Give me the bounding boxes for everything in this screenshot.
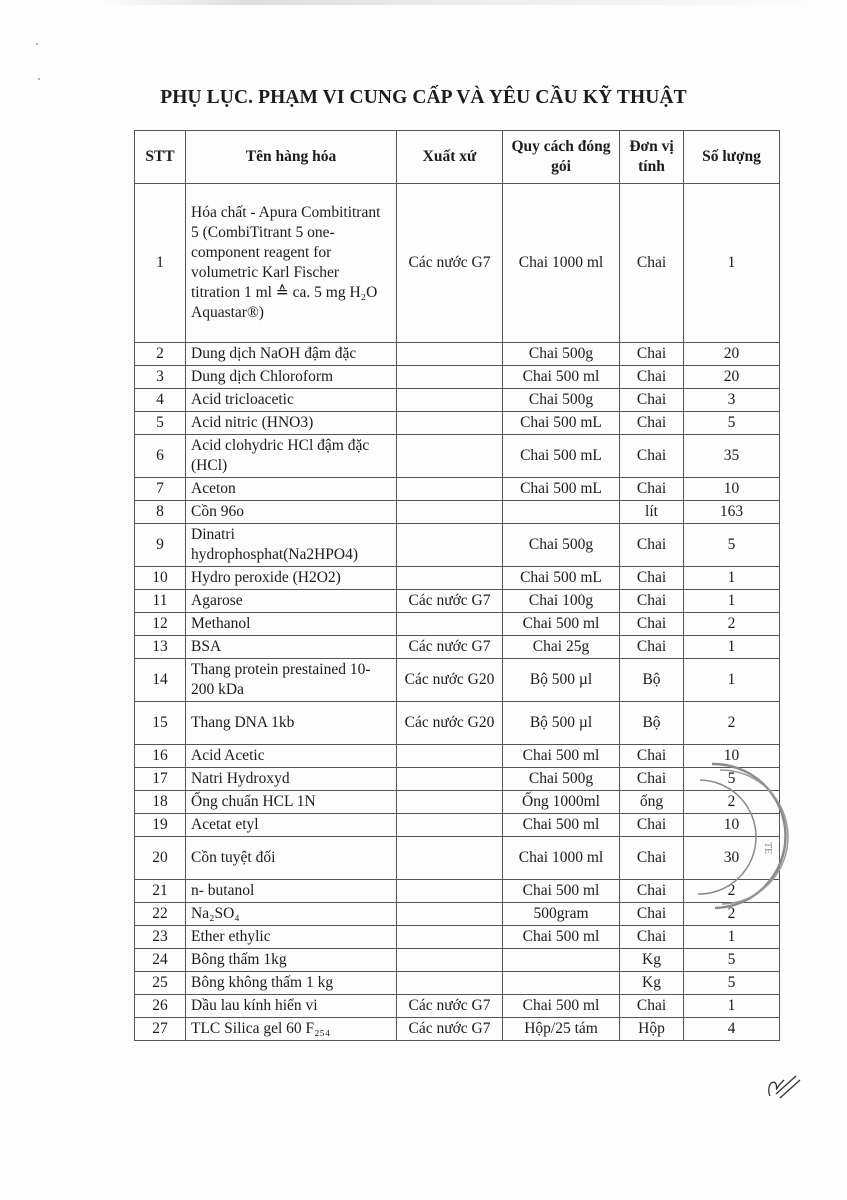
cell-unit: Bộ xyxy=(620,702,684,745)
cell-qty: 2 xyxy=(684,613,780,636)
cell-origin xyxy=(397,501,503,524)
cell-qty: 1 xyxy=(684,926,780,949)
cell-origin xyxy=(397,972,503,995)
cell-qty: 1 xyxy=(684,636,780,659)
cell-packing: Hộp/25 tám xyxy=(503,1018,620,1041)
cell-unit: Chai xyxy=(620,768,684,791)
scan-edge-shadow xyxy=(100,0,840,5)
cell-name: Dầu lau kính hiển vi xyxy=(186,995,397,1018)
cell-qty: 5 xyxy=(684,412,780,435)
cell-name: Thang DNA 1kb xyxy=(186,702,397,745)
cell-origin: Các nước G20 xyxy=(397,702,503,745)
table-row: 13BSACác nước G7Chai 25gChai1 xyxy=(135,636,780,659)
table-row: 20Cồn tuyệt đốiChai 1000 mlChai30 xyxy=(135,837,780,880)
cell-name: Na₂SO₄ xyxy=(186,903,397,926)
cell-packing: Chai 500 mL xyxy=(503,567,620,590)
table-row: 4Acid tricloaceticChai 500gChai3 xyxy=(135,389,780,412)
cell-unit: Chai xyxy=(620,524,684,567)
cell-stt: 27 xyxy=(135,1018,186,1041)
cell-qty: 20 xyxy=(684,366,780,389)
cell-name: Dung dịch Chloroform xyxy=(186,366,397,389)
table-row: 1Hóa chất - Apura Combititrant 5 (CombiT… xyxy=(135,184,780,343)
cell-origin xyxy=(397,814,503,837)
table-row: 15Thang DNA 1kbCác nước G20Bộ 500 µlBộ2 xyxy=(135,702,780,745)
cell-stt: 15 xyxy=(135,702,186,745)
table-row: 18Ống chuẩn HCL 1NỐng 1000mlống2 xyxy=(135,791,780,814)
cell-name: Thang protein prestained 10-200 kDa xyxy=(186,659,397,702)
cell-stt: 8 xyxy=(135,501,186,524)
cell-stt: 20 xyxy=(135,837,186,880)
cell-unit: Chai xyxy=(620,837,684,880)
table-row: 7AcetonChai 500 mLChai10 xyxy=(135,478,780,501)
cell-unit: lít xyxy=(620,501,684,524)
cell-unit: Chai xyxy=(620,880,684,903)
table-row: 16Acid AceticChai 500 mlChai10 xyxy=(135,745,780,768)
cell-name: n- butanol xyxy=(186,880,397,903)
header-name: Tên hàng hóa xyxy=(186,131,397,184)
cell-stt: 22 xyxy=(135,903,186,926)
cell-packing: Chai 500 ml xyxy=(503,745,620,768)
cell-name: Acid clohydric HCl đậm đặc (HCl) xyxy=(186,435,397,478)
header-qty: Số lượng xyxy=(684,131,780,184)
cell-stt: 16 xyxy=(135,745,186,768)
cell-stt: 17 xyxy=(135,768,186,791)
cell-packing: Chai 500 mL xyxy=(503,478,620,501)
cell-unit: Chai xyxy=(620,435,684,478)
cell-unit: Chai xyxy=(620,389,684,412)
cell-unit: Hộp xyxy=(620,1018,684,1041)
cell-name: Cồn tuyệt đối xyxy=(186,837,397,880)
cell-packing: Chai 500 ml xyxy=(503,613,620,636)
cell-origin: Các nước G7 xyxy=(397,184,503,343)
cell-stt: 7 xyxy=(135,478,186,501)
cell-packing: Ống 1000ml xyxy=(503,791,620,814)
cell-qty: 30 xyxy=(684,837,780,880)
cell-stt: 21 xyxy=(135,880,186,903)
cell-qty: 20 xyxy=(684,343,780,366)
cell-name: Hóa chất - Apura Combititrant 5 (CombiTi… xyxy=(186,184,397,343)
cell-origin xyxy=(397,389,503,412)
cell-qty: 3 xyxy=(684,389,780,412)
table-row: 24Bông thấm 1kgKg5 xyxy=(135,949,780,972)
cell-unit: Chai xyxy=(620,745,684,768)
cell-packing: Chai 500 mL xyxy=(503,412,620,435)
cell-packing: 500gram xyxy=(503,903,620,926)
cell-origin xyxy=(397,435,503,478)
cell-unit: Chai xyxy=(620,636,684,659)
cell-stt: 19 xyxy=(135,814,186,837)
cell-stt: 24 xyxy=(135,949,186,972)
table-row: 14Thang protein prestained 10-200 kDaCác… xyxy=(135,659,780,702)
cell-unit: Chai xyxy=(620,343,684,366)
header-stt: STT xyxy=(135,131,186,184)
cell-packing: Chai 25g xyxy=(503,636,620,659)
cell-packing xyxy=(503,501,620,524)
cell-qty: 5 xyxy=(684,768,780,791)
cell-packing: Chai 1000 ml xyxy=(503,184,620,343)
cell-origin xyxy=(397,613,503,636)
cell-unit: Chai xyxy=(620,478,684,501)
cell-qty: 5 xyxy=(684,972,780,995)
table-row: 21n- butanolChai 500 mlChai2 xyxy=(135,880,780,903)
cell-origin xyxy=(397,768,503,791)
cell-name: Ether ethylic xyxy=(186,926,397,949)
cell-stt: 10 xyxy=(135,567,186,590)
cell-packing: Chai 500 ml xyxy=(503,880,620,903)
cell-origin: Các nước G7 xyxy=(397,636,503,659)
cell-packing: Chai 500g xyxy=(503,524,620,567)
cell-origin xyxy=(397,366,503,389)
cell-unit: Chai xyxy=(620,995,684,1018)
cell-origin xyxy=(397,343,503,366)
table-row: 17Natri HydroxydChai 500gChai5 xyxy=(135,768,780,791)
cell-stt: 11 xyxy=(135,590,186,613)
cell-qty: 4 xyxy=(684,1018,780,1041)
cell-packing: Chai 500g xyxy=(503,389,620,412)
cell-unit: ống xyxy=(620,791,684,814)
table-row: 25Bông không thấm 1 kgKg5 xyxy=(135,972,780,995)
table-header-row: STT Tên hàng hóa Xuất xứ Quy cách đóng g… xyxy=(135,131,780,184)
cell-stt: 25 xyxy=(135,972,186,995)
cell-qty: 2 xyxy=(684,880,780,903)
table-row: 27TLC Silica gel 60 F₂₅₄Các nước G7Hộp/2… xyxy=(135,1018,780,1041)
cell-unit: Kg xyxy=(620,972,684,995)
table-row: 5Acid nitric (HNO3)Chai 500 mLChai5 xyxy=(135,412,780,435)
cell-origin xyxy=(397,567,503,590)
cell-stt: 23 xyxy=(135,926,186,949)
supply-table: STT Tên hàng hóa Xuất xứ Quy cách đóng g… xyxy=(134,130,780,1041)
cell-name: Acid Acetic xyxy=(186,745,397,768)
cell-packing xyxy=(503,972,620,995)
cell-name: Bông thấm 1kg xyxy=(186,949,397,972)
table-row: 11AgaroseCác nước G7Chai 100gChai1 xyxy=(135,590,780,613)
cell-name: Bông không thấm 1 kg xyxy=(186,972,397,995)
cell-qty: 1 xyxy=(684,995,780,1018)
cell-qty: 35 xyxy=(684,435,780,478)
header-origin: Xuất xứ xyxy=(397,131,503,184)
cell-unit: Bộ xyxy=(620,659,684,702)
cell-origin xyxy=(397,745,503,768)
cell-qty: 163 xyxy=(684,501,780,524)
cell-stt: 9 xyxy=(135,524,186,567)
cell-stt: 26 xyxy=(135,995,186,1018)
cell-name: Acid nitric (HNO3) xyxy=(186,412,397,435)
cell-origin xyxy=(397,903,503,926)
cell-name: BSA xyxy=(186,636,397,659)
cell-origin xyxy=(397,412,503,435)
table-row: 22Na₂SO₄500gramChai2 xyxy=(135,903,780,926)
cell-qty: 2 xyxy=(684,791,780,814)
cell-origin xyxy=(397,791,503,814)
cell-name: Ống chuẩn HCL 1N xyxy=(186,791,397,814)
table-row: 3Dung dịch ChloroformChai 500 mlChai20 xyxy=(135,366,780,389)
cell-packing: Chai 500 ml xyxy=(503,995,620,1018)
cell-unit: Chai xyxy=(620,366,684,389)
cell-stt: 6 xyxy=(135,435,186,478)
cell-stt: 1 xyxy=(135,184,186,343)
cell-origin xyxy=(397,837,503,880)
table-row: 19Acetat etylChai 500 mlChai10 xyxy=(135,814,780,837)
cell-stt: 13 xyxy=(135,636,186,659)
cell-packing: Chai 500 ml xyxy=(503,814,620,837)
cell-qty: 1 xyxy=(684,567,780,590)
table-row: 8Cồn 96olít163 xyxy=(135,501,780,524)
cell-unit: Chai xyxy=(620,567,684,590)
cell-stt: 3 xyxy=(135,366,186,389)
cell-name: Aceton xyxy=(186,478,397,501)
cell-origin: Các nước G7 xyxy=(397,995,503,1018)
cell-origin xyxy=(397,926,503,949)
cell-stt: 4 xyxy=(135,389,186,412)
table-row: 6Acid clohydric HCl đậm đặc (HCl)Chai 50… xyxy=(135,435,780,478)
cell-qty: 2 xyxy=(684,702,780,745)
cell-unit: Chai xyxy=(620,184,684,343)
cell-name: Natri Hydroxyd xyxy=(186,768,397,791)
cell-packing: Chai 500 mL xyxy=(503,435,620,478)
cell-name: Methanol xyxy=(186,613,397,636)
cell-qty: 2 xyxy=(684,903,780,926)
cell-name: Dinatri hydrophosphat(Na2HPO4) xyxy=(186,524,397,567)
cell-qty: 1 xyxy=(684,659,780,702)
cell-unit: Chai xyxy=(620,590,684,613)
cell-unit: Chai xyxy=(620,926,684,949)
cell-name: Cồn 96o xyxy=(186,501,397,524)
cell-origin: Các nước G20 xyxy=(397,659,503,702)
cell-qty: 10 xyxy=(684,814,780,837)
cell-packing: Chai 1000 ml xyxy=(503,837,620,880)
table-body: 1Hóa chất - Apura Combititrant 5 (CombiT… xyxy=(135,184,780,1041)
cell-stt: 5 xyxy=(135,412,186,435)
cell-name: Agarose xyxy=(186,590,397,613)
cell-packing: Chai 500g xyxy=(503,768,620,791)
cell-name: Acetat etyl xyxy=(186,814,397,837)
table-row: 10Hydro peroxide (H2O2)Chai 500 mLChai1 xyxy=(135,567,780,590)
cell-name: Dung dịch NaOH đậm đặc xyxy=(186,343,397,366)
cell-unit: Chai xyxy=(620,814,684,837)
cell-unit: Chai xyxy=(620,412,684,435)
table-row: 12MethanolChai 500 mlChai2 xyxy=(135,613,780,636)
cell-qty: 1 xyxy=(684,590,780,613)
header-packing: Quy cách đóng gói xyxy=(503,131,620,184)
table-row: 23Ether ethylicChai 500 mlChai1 xyxy=(135,926,780,949)
document-title: PHỤ LỤC. PHẠM VI CUNG CẤP VÀ YÊU CẦU KỸ … xyxy=(0,87,847,109)
cell-name: Hydro peroxide (H2O2) xyxy=(186,567,397,590)
table-row: 2Dung dịch NaOH đậm đặcChai 500gChai20 xyxy=(135,343,780,366)
cell-packing: Chai 500 ml xyxy=(503,366,620,389)
cell-unit: Kg xyxy=(620,949,684,972)
cell-origin xyxy=(397,478,503,501)
cell-packing: Chai 100g xyxy=(503,590,620,613)
cell-packing xyxy=(503,949,620,972)
cell-origin: Các nước G7 xyxy=(397,590,503,613)
cell-name: TLC Silica gel 60 F₂₅₄ xyxy=(186,1018,397,1041)
table-row: 26Dầu lau kính hiển viCác nước G7Chai 50… xyxy=(135,995,780,1018)
scan-speck xyxy=(36,43,38,45)
cell-qty: 5 xyxy=(684,949,780,972)
cell-stt: 12 xyxy=(135,613,186,636)
cell-qty: 10 xyxy=(684,745,780,768)
cell-qty: 5 xyxy=(684,524,780,567)
cell-packing: Chai 500 ml xyxy=(503,926,620,949)
cell-stt: 18 xyxy=(135,791,186,814)
cell-qty: 10 xyxy=(684,478,780,501)
table-row: 9Dinatri hydrophosphat(Na2HPO4)Chai 500g… xyxy=(135,524,780,567)
cell-unit: Chai xyxy=(620,613,684,636)
cell-stt: 14 xyxy=(135,659,186,702)
cell-origin: Các nước G7 xyxy=(397,1018,503,1041)
cell-origin xyxy=(397,880,503,903)
cell-origin xyxy=(397,949,503,972)
cell-packing: Bộ 500 µl xyxy=(503,702,620,745)
cell-qty: 1 xyxy=(684,184,780,343)
cell-origin xyxy=(397,524,503,567)
cell-packing: Chai 500g xyxy=(503,343,620,366)
cell-stt: 2 xyxy=(135,343,186,366)
header-unit: Đơn vị tính xyxy=(620,131,684,184)
signature-initials xyxy=(762,1070,802,1100)
cell-unit: Chai xyxy=(620,903,684,926)
cell-packing: Bộ 500 µl xyxy=(503,659,620,702)
scan-speck xyxy=(38,78,40,80)
cell-name: Acid tricloacetic xyxy=(186,389,397,412)
